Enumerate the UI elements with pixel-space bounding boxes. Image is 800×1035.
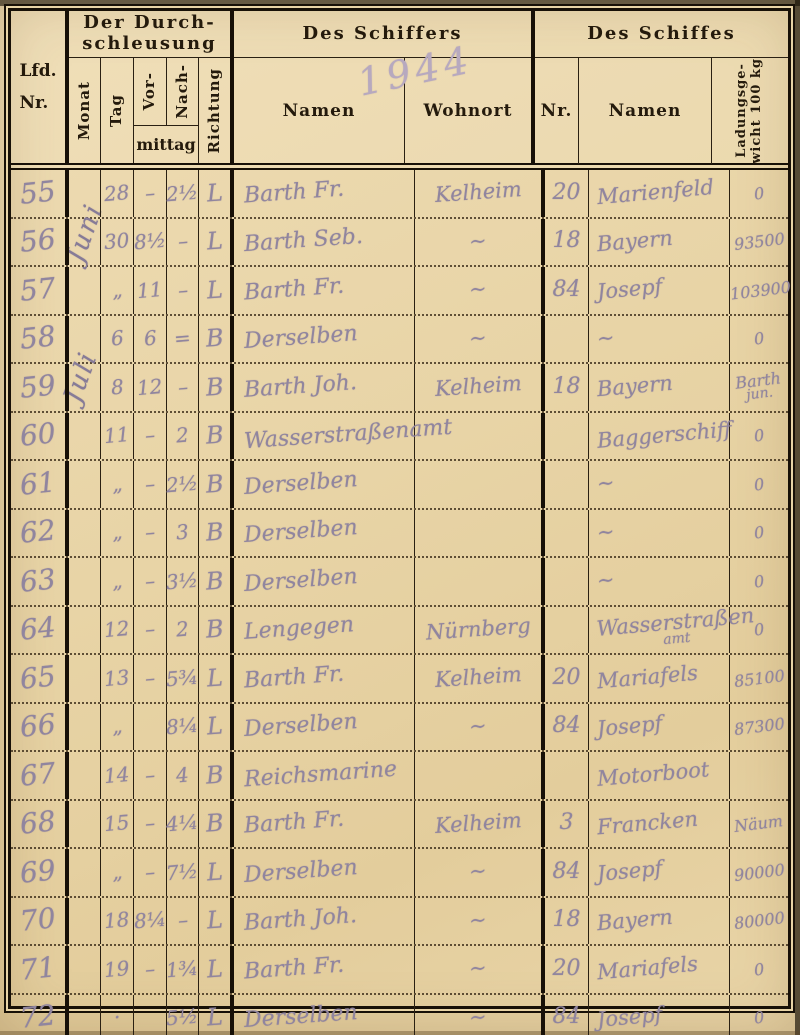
table-row: 57 „ 11 – L Barth Fr. ∼ 84 Josepf 103900 bbox=[11, 267, 788, 316]
cell-schiffer-namen: Derselben bbox=[234, 558, 415, 605]
cell-schiffer-namen: Barth Fr. bbox=[234, 267, 415, 314]
cell-vormittag: – bbox=[134, 510, 167, 557]
cell-monat bbox=[69, 898, 101, 945]
table-row: 58 6 6 = B Derselben ∼ ∼ 0 bbox=[11, 316, 788, 365]
register-table: Lfd. Nr. Der Durch- schleusung Monat bbox=[8, 8, 791, 1009]
cell-wohnort: ∼ bbox=[415, 219, 545, 266]
scan-edge-top bbox=[0, 0, 800, 6]
cell-schiff-nr: 84 bbox=[545, 704, 589, 751]
cell-vormittag: 8¼ bbox=[134, 898, 167, 945]
cell-schiffer-namen: Derselben bbox=[234, 316, 415, 363]
cell-schiffer-namen: Derselben bbox=[234, 510, 415, 557]
cell-ladungsgewicht: 90000 bbox=[730, 849, 788, 896]
cell-richtung: L bbox=[199, 704, 234, 751]
cell-schiff-namen: Bayern bbox=[589, 364, 730, 411]
cell-wohnort: Kelheim bbox=[415, 655, 545, 702]
cell-tag: „ bbox=[101, 558, 134, 605]
cell-lfd-nr: 59 bbox=[11, 364, 69, 411]
cell-monat bbox=[69, 655, 101, 702]
cell-tag: 30 bbox=[101, 219, 134, 266]
cell-schiff-namen: Josepf bbox=[589, 704, 730, 751]
cell-lfd-nr: 63 bbox=[11, 558, 69, 605]
cell-schiffer-namen: Barth Fr. bbox=[234, 655, 415, 702]
column-group-durchschleusung: Der Durch- schleusung Monat Tag Vor- bbox=[69, 11, 234, 163]
table-row: 61 „ – 2½ B Derselben ∼ 0 bbox=[11, 461, 788, 510]
cell-schiff-namen: Wasserstraßen amt bbox=[589, 607, 730, 654]
cell-richtung: L bbox=[199, 898, 234, 945]
cell-schiffer-namen: Barth Fr. bbox=[234, 170, 415, 217]
cell-richtung: L bbox=[199, 849, 234, 896]
cell-vormittag: 6 bbox=[134, 316, 167, 363]
cell-schiff-nr bbox=[545, 752, 589, 799]
cell-tag: 28 bbox=[101, 170, 134, 217]
cell-wohnort: ∼ bbox=[415, 898, 545, 945]
cell-ladungsgewicht: 80000 bbox=[730, 898, 788, 945]
column-header-vormittag: Vor- bbox=[134, 58, 167, 125]
cell-ladungsgewicht: 0 bbox=[730, 316, 788, 363]
cell-schiff-nr: 84 bbox=[545, 849, 589, 896]
cell-monat bbox=[69, 316, 101, 363]
cell-wohnort bbox=[415, 558, 545, 605]
cell-lfd-nr: 55 bbox=[11, 170, 69, 217]
cell-schiff-nr: 3 bbox=[545, 801, 589, 848]
column-header-richtung: Richtung bbox=[199, 58, 230, 163]
table-row: 67 14 – 4 B Reichsmarine Motorboot bbox=[11, 752, 788, 801]
cell-tag: · bbox=[101, 995, 134, 1035]
cell-vormittag bbox=[134, 995, 167, 1035]
cell-lfd-nr: 60 bbox=[11, 413, 69, 460]
cell-schiffer-namen: Reichsmarine bbox=[234, 752, 415, 799]
cell-ladungsgewicht: Näum bbox=[730, 801, 788, 848]
cell-schiff-namen: Motorboot bbox=[589, 752, 730, 799]
lfd-label-line1: Lfd. bbox=[19, 55, 56, 87]
cell-schiff-nr: 18 bbox=[545, 364, 589, 411]
cell-lfd-nr: 58 bbox=[11, 316, 69, 363]
cell-tag: 14 bbox=[101, 752, 134, 799]
cell-schiff-namen: ∼ bbox=[589, 558, 730, 605]
cell-monat bbox=[69, 170, 101, 217]
column-group-schiffes: Des Schiffes Nr. Namen Ladungsge- wicht … bbox=[535, 11, 788, 163]
cell-schiff-namen: Bayern bbox=[589, 219, 730, 266]
cell-richtung: B bbox=[199, 316, 234, 363]
cell-nachmittag: – bbox=[167, 267, 199, 314]
table-row: 64 12 – 2 B Lengegen Nürnberg Wasserstra… bbox=[11, 607, 788, 656]
cell-vormittag: – bbox=[134, 558, 167, 605]
cell-nachmittag: 4 bbox=[167, 752, 199, 799]
cell-ladungsgewicht: 0 bbox=[730, 510, 788, 557]
cell-monat bbox=[69, 946, 101, 993]
cell-vormittag: – bbox=[134, 170, 167, 217]
lfd-label-line2: Nr. bbox=[19, 87, 56, 119]
cell-nachmittag: 5¾ bbox=[167, 655, 199, 702]
cell-wohnort: ∼ bbox=[415, 995, 545, 1035]
cell-tag: 8 bbox=[101, 364, 134, 411]
cell-schiff-namen: Marienfeld bbox=[589, 170, 730, 217]
group-schiffers-title: Des Schiffers bbox=[303, 24, 463, 45]
cell-vormittag: – bbox=[134, 849, 167, 896]
cell-vormittag: 12 bbox=[134, 364, 167, 411]
cell-tag: 12 bbox=[101, 607, 134, 654]
cell-schiff-namen: Francken bbox=[589, 801, 730, 848]
cell-vormittag: – bbox=[134, 946, 167, 993]
table-rows: Juni Juli 55 28 – 2½ L Barth Fr. Kelheim… bbox=[11, 170, 788, 1035]
cell-tag: 18 bbox=[101, 898, 134, 945]
cell-wohnort bbox=[415, 752, 545, 799]
cell-richtung: L bbox=[199, 995, 234, 1035]
cell-tag: „ bbox=[101, 461, 134, 508]
cell-wohnort: ∼ bbox=[415, 946, 545, 993]
cell-vormittag: – bbox=[134, 607, 167, 654]
cell-monat bbox=[69, 849, 101, 896]
cell-lfd-nr: 66 bbox=[11, 704, 69, 751]
column-header-tag: Tag bbox=[101, 58, 134, 163]
cell-tag: „ bbox=[101, 267, 134, 314]
cell-schiff-namen: ∼ bbox=[589, 316, 730, 363]
cell-monat bbox=[69, 607, 101, 654]
cell-nachmittag: – bbox=[167, 219, 199, 266]
cell-schiff-namen: ∼ bbox=[589, 461, 730, 508]
cell-wohnort: Kelheim bbox=[415, 170, 545, 217]
cell-lfd-nr: 67 bbox=[11, 752, 69, 799]
cell-ladungsgewicht: 0 bbox=[730, 413, 788, 460]
cell-vormittag: – bbox=[134, 655, 167, 702]
cell-wohnort: ∼ bbox=[415, 849, 545, 896]
cell-lfd-nr: 57 bbox=[11, 267, 69, 314]
table-row: 69 „ – 7½ L Derselben ∼ 84 Josepf 90000 bbox=[11, 849, 788, 898]
scan-edge-right bbox=[795, 0, 800, 1035]
table-header: Lfd. Nr. Der Durch- schleusung Monat bbox=[11, 11, 788, 170]
cell-lfd-nr: 70 bbox=[11, 898, 69, 945]
cell-wohnort bbox=[415, 461, 545, 508]
table-row: 72 · 5½ L Derselben ∼ 84 Josepf 0 bbox=[11, 995, 788, 1035]
cell-richtung: L bbox=[199, 170, 234, 217]
cell-wohnort bbox=[415, 510, 545, 557]
group-durchschleusung-line1: Der Durch- bbox=[82, 13, 216, 34]
cell-monat bbox=[69, 752, 101, 799]
cell-richtung: B bbox=[199, 510, 234, 557]
cell-richtung: B bbox=[199, 607, 234, 654]
cell-schiff-namen: ∼ bbox=[589, 510, 730, 557]
cell-nachmittag: 2½ bbox=[167, 461, 199, 508]
cell-nachmittag: 1¾ bbox=[167, 946, 199, 993]
cell-schiffer-namen: Derselben bbox=[234, 849, 415, 896]
cell-nachmittag: 2 bbox=[167, 413, 199, 460]
cell-schiff-namen: Baggerschiff bbox=[589, 413, 730, 460]
cell-nachmittag: – bbox=[167, 898, 199, 945]
cell-schiff-namen: Josepf bbox=[589, 267, 730, 314]
cell-schiffer-namen: Derselben bbox=[234, 461, 415, 508]
column-header-nachmittag: Nach- bbox=[167, 58, 199, 125]
table-row: 62 „ – 3 B Derselben ∼ 0 bbox=[11, 510, 788, 559]
cell-ladungsgewicht: 0 bbox=[730, 558, 788, 605]
cell-nachmittag: 2½ bbox=[167, 170, 199, 217]
cell-tag: 19 bbox=[101, 946, 134, 993]
cell-richtung: B bbox=[199, 801, 234, 848]
group-schiffes-title: Des Schiffes bbox=[587, 24, 735, 45]
cell-ladungsgewicht: 0 bbox=[730, 607, 788, 654]
table-row: 56 30 8½ – L Barth Seb. ∼ 18 Bayern 9350… bbox=[11, 219, 788, 268]
cell-vormittag: – bbox=[134, 461, 167, 508]
cell-monat bbox=[69, 510, 101, 557]
cell-ladungsgewicht: 0 bbox=[730, 170, 788, 217]
cell-nachmittag: 7½ bbox=[167, 849, 199, 896]
cell-schiff-nr: 18 bbox=[545, 898, 589, 945]
cell-wohnort: Nürnberg bbox=[415, 607, 545, 654]
cell-schiffer-namen: Derselben bbox=[234, 704, 415, 751]
cell-tag: „ bbox=[101, 849, 134, 896]
cell-richtung: L bbox=[199, 267, 234, 314]
cell-schiffer-namen: Barth Fr. bbox=[234, 801, 415, 848]
column-header-mittag-block: Vor- Nach- mittag bbox=[134, 58, 199, 163]
column-header-ladungsgewicht: Ladungsge- wicht 100 kg bbox=[712, 58, 788, 164]
cell-monat bbox=[69, 461, 101, 508]
cell-schiff-namen: Josepf bbox=[589, 995, 730, 1035]
cell-schiffer-namen: Wasserstraßenamt bbox=[234, 413, 415, 460]
cell-tag: 6 bbox=[101, 316, 134, 363]
column-header-schiff-nr: Nr. bbox=[535, 58, 579, 164]
cell-monat bbox=[69, 558, 101, 605]
cell-schiff-nr: 84 bbox=[545, 267, 589, 314]
cell-tag: 11 bbox=[101, 413, 134, 460]
cell-ladungsgewicht: 0 bbox=[730, 946, 788, 993]
table-row: 71 19 – 1¾ L Barth Fr. ∼ 20 Mariafels 0 bbox=[11, 946, 788, 995]
cell-schiff-nr bbox=[545, 510, 589, 557]
column-header-lfd-nr: Lfd. Nr. bbox=[11, 11, 69, 163]
cell-ladungsgewicht: 0 bbox=[730, 461, 788, 508]
table-row: 55 28 – 2½ L Barth Fr. Kelheim 20 Marien… bbox=[11, 170, 788, 219]
cell-nachmittag: 3½ bbox=[167, 558, 199, 605]
cell-monat bbox=[69, 801, 101, 848]
cell-nachmittag: = bbox=[167, 316, 199, 363]
cell-vormittag: – bbox=[134, 801, 167, 848]
cell-schiffer-namen: Barth Seb. bbox=[234, 219, 415, 266]
cell-vormittag: 11 bbox=[134, 267, 167, 314]
cell-vormittag: 8½ bbox=[134, 219, 167, 266]
ledger-page-scan: Lfd. Nr. Der Durch- schleusung Monat bbox=[0, 0, 800, 1035]
cell-wohnort: ∼ bbox=[415, 704, 545, 751]
cell-schiff-nr: 84 bbox=[545, 995, 589, 1035]
table-row: 60 11 – 2 B Wasserstraßenamt Baggerschif… bbox=[11, 413, 788, 462]
cell-monat bbox=[69, 704, 101, 751]
cell-schiff-nr: 18 bbox=[545, 219, 589, 266]
cell-lfd-nr: 72 bbox=[11, 995, 69, 1035]
cell-schiffer-namen: Barth Fr. bbox=[234, 946, 415, 993]
cell-tag: 13 bbox=[101, 655, 134, 702]
cell-wohnort: Kelheim bbox=[415, 801, 545, 848]
cell-richtung: L bbox=[199, 946, 234, 993]
cell-richtung: B bbox=[199, 413, 234, 460]
cell-wohnort: ∼ bbox=[415, 316, 545, 363]
cell-schiffer-namen: Barth Joh. bbox=[234, 364, 415, 411]
cell-vormittag: – bbox=[134, 413, 167, 460]
table-row: 68 15 – 4¼ B Barth Fr. Kelheim 3 Francke… bbox=[11, 801, 788, 850]
cell-monat bbox=[69, 995, 101, 1035]
cell-schiffer-namen: Barth Joh. bbox=[234, 898, 415, 945]
cell-ladungsgewicht: Barth jun. bbox=[730, 364, 788, 411]
cell-schiff-namen: Mariafels bbox=[589, 946, 730, 993]
cell-lfd-nr: 61 bbox=[11, 461, 69, 508]
cell-ladungsgewicht: 93500 bbox=[730, 219, 788, 266]
cell-schiff-namen: Mariafels bbox=[589, 655, 730, 702]
column-header-schiff-namen: Namen bbox=[579, 58, 712, 164]
cell-nachmittag: 8¼ bbox=[167, 704, 199, 751]
cell-schiffer-namen: Lengegen bbox=[234, 607, 415, 654]
cell-richtung: B bbox=[199, 558, 234, 605]
cell-lfd-nr: 65 bbox=[11, 655, 69, 702]
cell-schiff-nr bbox=[545, 316, 589, 363]
cell-nachmittag: 3 bbox=[167, 510, 199, 557]
cell-ladungsgewicht: 0 bbox=[730, 995, 788, 1035]
cell-schiff-nr bbox=[545, 413, 589, 460]
cell-nachmittag: 4¼ bbox=[167, 801, 199, 848]
cell-schiff-namen: Bayern bbox=[589, 898, 730, 945]
table-row: 59 8 12 – B Barth Joh. Kelheim 18 Bayern… bbox=[11, 364, 788, 413]
cell-schiff-nr bbox=[545, 558, 589, 605]
table-row: 70 18 8¼ – L Barth Joh. ∼ 18 Bayern 8000… bbox=[11, 898, 788, 947]
cell-tag: 15 bbox=[101, 801, 134, 848]
group-durchschleusung-line2: schleusung bbox=[82, 34, 216, 55]
cell-lfd-nr: 71 bbox=[11, 946, 69, 993]
cell-wohnort: ∼ bbox=[415, 267, 545, 314]
table-row: 65 13 – 5¾ L Barth Fr. Kelheim 20 Mariaf… bbox=[11, 655, 788, 704]
cell-wohnort: Kelheim bbox=[415, 364, 545, 411]
table-row: 63 „ – 3½ B Derselben ∼ 0 bbox=[11, 558, 788, 607]
cell-schiffer-namen: Derselben bbox=[234, 995, 415, 1035]
cell-vormittag bbox=[134, 704, 167, 751]
cell-lfd-nr: 56 bbox=[11, 219, 69, 266]
cell-lfd-nr: 69 bbox=[11, 849, 69, 896]
cell-vormittag: – bbox=[134, 752, 167, 799]
cell-richtung: L bbox=[199, 655, 234, 702]
cell-monat bbox=[69, 364, 101, 411]
cell-richtung: B bbox=[199, 752, 234, 799]
cell-tag: „ bbox=[101, 510, 134, 557]
cell-monat bbox=[69, 413, 101, 460]
cell-ladungsgewicht: 85100 bbox=[730, 655, 788, 702]
cell-schiff-nr bbox=[545, 461, 589, 508]
cell-monat bbox=[69, 219, 101, 266]
cell-ladungsgewicht bbox=[730, 752, 788, 799]
cell-schiff-namen: Josepf bbox=[589, 849, 730, 896]
column-header-mittag: mittag bbox=[134, 125, 198, 163]
cell-lfd-nr: 68 bbox=[11, 801, 69, 848]
cell-schiff-nr: 20 bbox=[545, 946, 589, 993]
cell-lfd-nr: 64 bbox=[11, 607, 69, 654]
cell-ladungsgewicht: 103900 bbox=[730, 267, 791, 314]
cell-monat bbox=[69, 267, 101, 314]
cell-nachmittag: 2 bbox=[167, 607, 199, 654]
cell-schiff-nr: 20 bbox=[545, 655, 589, 702]
cell-richtung: L bbox=[199, 219, 234, 266]
cell-schiff-nr: 20 bbox=[545, 170, 589, 217]
cell-nachmittag: – bbox=[167, 364, 199, 411]
cell-nachmittag: 5½ bbox=[167, 995, 199, 1035]
cell-lfd-nr: 62 bbox=[11, 510, 69, 557]
cell-tag: „ bbox=[101, 704, 134, 751]
cell-richtung: B bbox=[199, 364, 234, 411]
column-header-monat: Monat bbox=[69, 58, 101, 163]
cell-ladungsgewicht: 87300 bbox=[730, 704, 788, 751]
cell-schiff-nr bbox=[545, 607, 589, 654]
cell-richtung: B bbox=[199, 461, 234, 508]
cell-wohnort bbox=[415, 413, 545, 460]
table-row: 66 „ 8¼ L Derselben ∼ 84 Josepf 87300 bbox=[11, 704, 788, 753]
